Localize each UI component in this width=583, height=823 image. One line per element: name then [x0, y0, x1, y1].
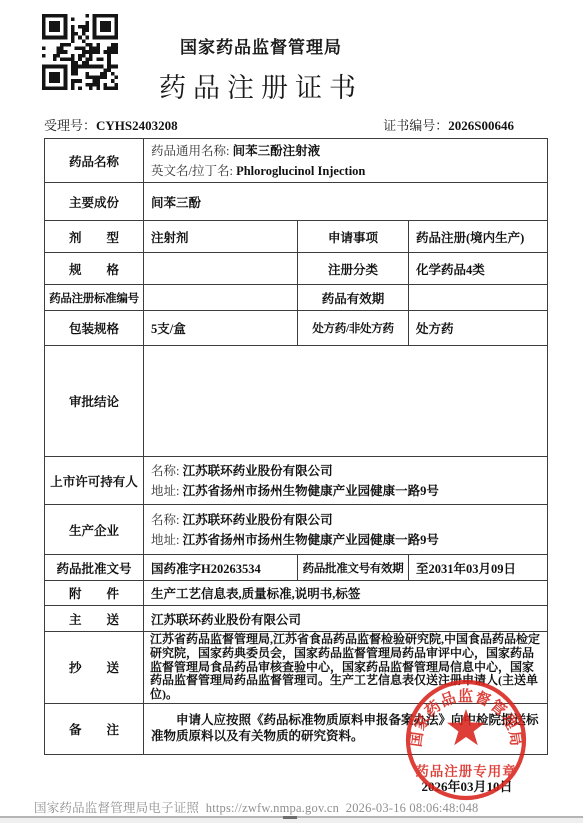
footer-e-license-text: 国家药品监督管理局电子证照 https://zwfw.nmpa.gov.cn 2… — [34, 798, 478, 816]
page-title: 药品注册证书 — [0, 66, 522, 105]
manufacturer-label: 生产企业 — [45, 505, 144, 555]
main-ingredient-label: 主要成份 — [45, 183, 144, 221]
specification-label: 规 格 — [45, 253, 144, 285]
manufacturer-address-line: 地址: 江苏省扬州市扬州生物健康产业园健康一路9号 — [151, 530, 540, 550]
row-main-ingredient: 主要成份 间苯三酚 — [45, 183, 548, 221]
rx-otc-label: 处方药/非处方药 — [298, 311, 409, 346]
rx-otc-value: 处方药 — [409, 311, 548, 346]
manufacturer-name-line: 名称: 江苏联环药业股份有限公司 — [151, 510, 540, 530]
license-holder-name-label: 名称: — [151, 464, 183, 478]
package-spec-value: 5支/盒 — [144, 311, 298, 346]
drug-name-value: 药品通用名称: 间苯三酚注射液 英文名/拉丁名: Phloroglucinol … — [144, 139, 548, 183]
row-attachments: 附 件 生产工艺信息表,质量标准,说明书,标签 — [45, 581, 548, 606]
row-manufacturer: 生产企业 名称: 江苏联环药业股份有限公司 地址: 江苏省扬州市扬州生物健康产业… — [45, 505, 548, 555]
acceptance-number: 受理号：CYHS2403208 — [44, 115, 178, 134]
agency-title: 国家药品监督管理局 — [0, 33, 522, 58]
row-standard-no: 药品注册标准编号 药品有效期 — [45, 285, 548, 311]
specification-value — [144, 253, 298, 285]
application-item-label: 申请事项 — [298, 221, 409, 253]
manufacturer-name-label: 名称: — [151, 513, 183, 527]
license-holder-value: 名称: 江苏联环药业股份有限公司 地址: 江苏省扬州市扬州生物健康产业园健康一路… — [144, 457, 548, 505]
main-ingredient-value: 间苯三酚 — [144, 183, 548, 221]
row-license-holder: 上市许可持有人 名称: 江苏联环药业股份有限公司 地址: 江苏省扬州市扬州生物健… — [45, 457, 548, 505]
row-main-delivery: 主 送 江苏联环药业股份有限公司 — [45, 606, 548, 632]
main-delivery-value: 江苏联环药业股份有限公司 — [144, 606, 548, 632]
license-holder-name: 江苏联环药业股份有限公司 — [183, 464, 333, 478]
standard-no-value — [144, 285, 298, 311]
generic-name-value: 间苯三酚注射液 — [233, 144, 321, 158]
license-holder-address-line: 地址: 江苏省扬州市扬州生物健康产业园健康一路9号 — [151, 481, 540, 501]
manufacturer-name: 江苏联环药业股份有限公司 — [183, 513, 333, 527]
row-approval-no: 药品批准文号 国药准字H20263534 药品批准文号有效期 至2031年03月… — [45, 555, 548, 581]
license-holder-label: 上市许可持有人 — [45, 457, 144, 505]
cc-label: 抄 送 — [45, 632, 144, 704]
dosage-form-label: 剂 型 — [45, 221, 144, 253]
dosage-form-value: 注射剂 — [144, 221, 298, 253]
certificate-page: 国家药品监督管理局 药品注册证书 受理号：CYHS2403208 证书编号：20… — [0, 0, 583, 823]
page-bottom-edge — [0, 816, 583, 823]
registration-class-value: 化学药品4类 — [409, 253, 548, 285]
seal-star-icon — [447, 709, 485, 745]
meta-row: 受理号：CYHS2403208 证书编号：2026S00646 — [44, 115, 514, 134]
approval-no-validity-label: 药品批准文号有效期 — [298, 555, 409, 581]
manufacturer-value: 名称: 江苏联环药业股份有限公司 地址: 江苏省扬州市扬州生物健康产业园健康一路… — [144, 505, 548, 555]
drug-validity-label: 药品有效期 — [298, 285, 409, 311]
english-name-label: 英文名/拉丁名: — [151, 164, 236, 178]
certificate-number: 证书编号：2026S00646 — [383, 115, 514, 134]
approval-no-value: 国药准字H20263534 — [144, 555, 298, 581]
english-name-value: Phloroglucinol Injection — [236, 164, 365, 178]
generic-name-label: 药品通用名称: — [151, 144, 233, 158]
license-holder-address-label: 地址: — [151, 484, 183, 498]
license-holder-name-line: 名称: 江苏联环药业股份有限公司 — [151, 461, 540, 481]
approval-conclusion-value — [144, 346, 548, 457]
drug-name-label: 药品名称 — [45, 139, 144, 183]
package-spec-label: 包装规格 — [45, 311, 144, 346]
remarks-label: 备 注 — [45, 703, 144, 754]
official-seal-stamp: 国家药品监督管理局 药品注册专用章 — [399, 673, 533, 807]
acceptance-value: CYHS2403208 — [96, 118, 178, 133]
acceptance-label: 受理号： — [44, 118, 96, 133]
english-name-line: 英文名/拉丁名: Phloroglucinol Injection — [151, 161, 540, 181]
approval-no-label: 药品批准文号 — [45, 555, 144, 581]
attachments-value: 生产工艺信息表,质量标准,说明书,标签 — [144, 581, 548, 606]
registration-class-label: 注册分类 — [298, 253, 409, 285]
seal-title-text: 药品注册专用章 — [415, 763, 517, 779]
manufacturer-address: 江苏省扬州市扬州生物健康产业园健康一路9号 — [183, 533, 439, 547]
approval-conclusion-label: 审批结论 — [45, 346, 144, 457]
page-bottom-notch — [283, 816, 297, 819]
certificate-table: 药品名称 药品通用名称: 间苯三酚注射液 英文名/拉丁名: Phlorogluc… — [44, 138, 548, 755]
main-delivery-label: 主 送 — [45, 606, 144, 632]
row-drug-name: 药品名称 药品通用名称: 间苯三酚注射液 英文名/拉丁名: Phlorogluc… — [45, 139, 548, 183]
row-specification: 规 格 注册分类 化学药品4类 — [45, 253, 548, 285]
standard-no-label: 药品注册标准编号 — [45, 285, 144, 311]
license-holder-address: 江苏省扬州市扬州生物健康产业园健康一路9号 — [183, 484, 439, 498]
attachments-label: 附 件 — [45, 581, 144, 606]
row-package-spec: 包装规格 5支/盒 处方药/非处方药 处方药 — [45, 311, 548, 346]
manufacturer-address-label: 地址: — [151, 533, 183, 547]
drug-validity-value — [409, 285, 548, 311]
certificate-value: 2026S00646 — [448, 118, 514, 133]
certificate-label: 证书编号： — [383, 118, 448, 133]
generic-name-line: 药品通用名称: 间苯三酚注射液 — [151, 141, 540, 161]
application-item-value: 药品注册(境内生产) — [409, 221, 548, 253]
row-dosage-form: 剂 型 注射剂 申请事项 药品注册(境内生产) — [45, 221, 548, 253]
approval-no-validity-value: 至2031年03月09日 — [409, 555, 548, 581]
row-approval-conclusion: 审批结论 — [45, 346, 548, 457]
